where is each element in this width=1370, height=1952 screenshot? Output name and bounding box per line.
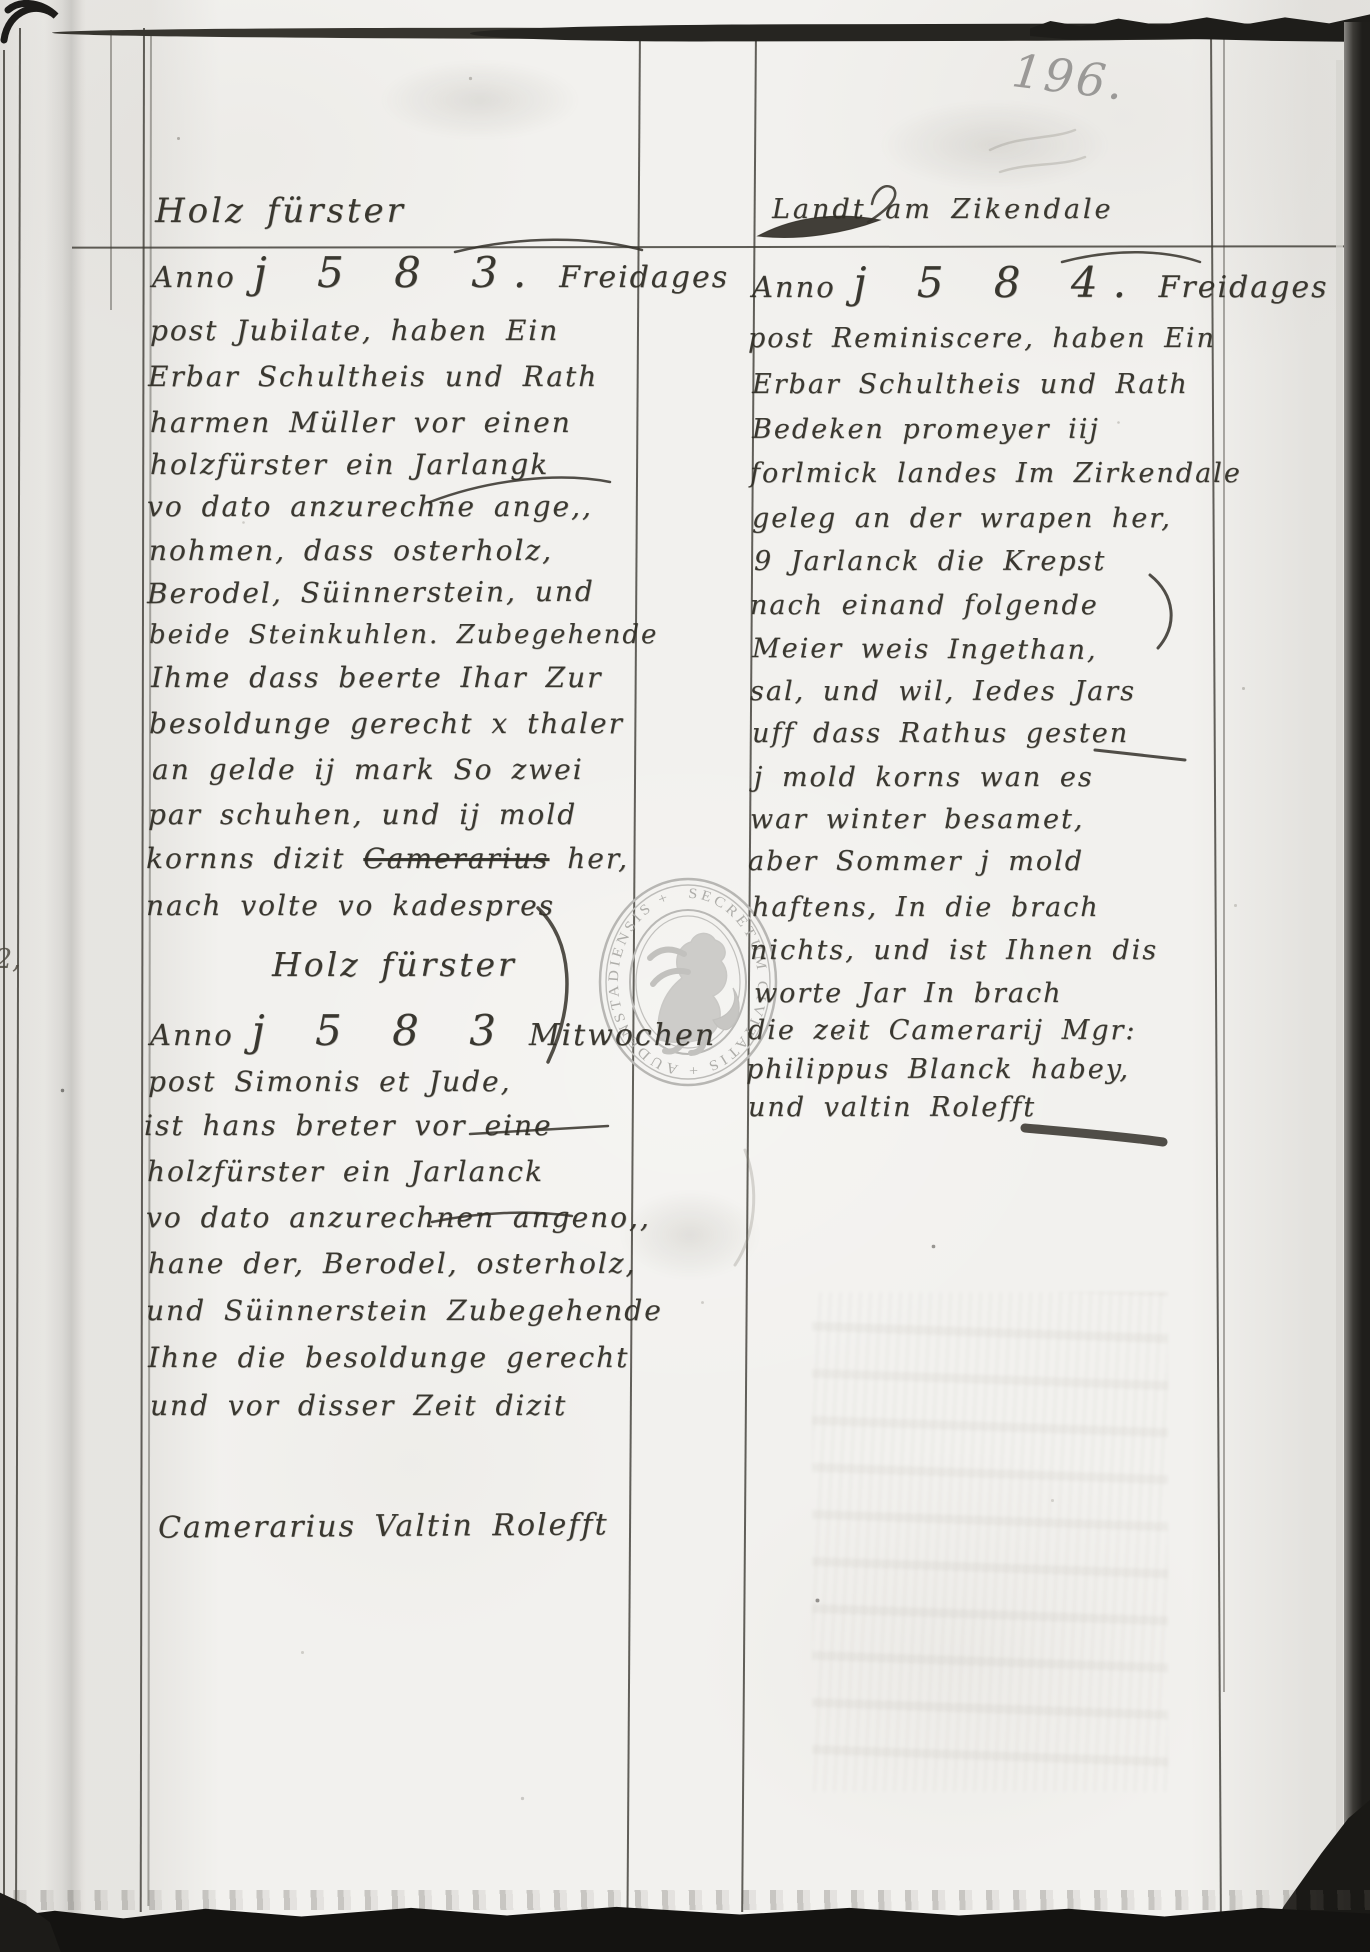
- manuscript-line: und Süinnerstein Zubegehende: [146, 1297, 663, 1325]
- manuscript-line: und valtin Rolefft: [748, 1094, 1036, 1121]
- anno-word: Anno: [152, 260, 236, 294]
- manuscript-line: Bedeken promeyer iij: [752, 416, 1100, 443]
- scanned-manuscript-page: SECRETUM CIVITATIS + AUDENSTADIENSIS +: [0, 0, 1370, 1952]
- manuscript-line: Ihne die besoldunge gerecht: [148, 1344, 629, 1372]
- anno-word: Anno: [150, 1018, 234, 1052]
- manuscript-line: Ihme dass beerte Ihar Zur: [151, 664, 603, 692]
- manuscript-line: 9 Jarlanck die Krepst: [754, 548, 1106, 575]
- manuscript-line: war winter besamet,: [750, 806, 1084, 833]
- manuscript-line: harmen Müller vor einen: [150, 409, 572, 437]
- page-stack-edge: [1336, 60, 1343, 1860]
- manuscript-line: worte Jar In brach: [754, 980, 1063, 1007]
- camerarius-signature: Camerarius Valtin Rolefft: [158, 1510, 609, 1543]
- binding-cord: [4, 3, 56, 40]
- margin-mark: 2,: [0, 944, 21, 975]
- manuscript-line-with-strike: kornns dizit Camerarius her,: [146, 845, 629, 873]
- manuscript-line: sal, und wil, Iedes Jars: [750, 678, 1136, 705]
- year-numerals: j 5 8 4.: [853, 258, 1141, 307]
- left-column-header: Holz fürster: [155, 194, 406, 228]
- manuscript-line: nach einand folgende: [750, 592, 1099, 619]
- manuscript-line: nach volte vo kadespres: [146, 892, 555, 920]
- day-word: Freidages: [1159, 270, 1329, 305]
- manuscript-line: und vor disser Zeit dizit: [150, 1392, 567, 1420]
- manuscript-line: j mold korns wan es: [754, 764, 1094, 791]
- manuscript-line: nichts, und ist Ihnen dis: [750, 937, 1158, 964]
- manuscript-line: holzfürster ein Jarlanck: [147, 1158, 544, 1186]
- manuscript-line: forlmick landes Im Zirkendale: [750, 460, 1242, 487]
- manuscript-line: geleg an der wrapen her,: [752, 505, 1172, 532]
- right-entry-date-line: Anno j 5 8 4. Freidages: [752, 262, 1329, 304]
- foxing-specks: [0, 0, 1, 1]
- manuscript-line: nohmen, dass osterholz,: [149, 537, 553, 565]
- manuscript-line: besoldunge gerecht x thaler: [149, 710, 624, 738]
- entry1-date-line: Anno j 5 8 3. Freidages: [152, 252, 729, 294]
- anno-word: Anno: [752, 270, 836, 304]
- manuscript-line: Erbar Schultheis und Rath: [752, 371, 1189, 398]
- manuscript-line: Meier weis Ingethan,: [752, 635, 1098, 664]
- manuscript-line: aber Sommer j mold: [748, 848, 1084, 875]
- left-column-subheader: Holz fürster: [272, 948, 517, 981]
- right-column-header: Landt am Zikendale: [772, 196, 1114, 223]
- manuscript-line: die zeit Camerarij Mgr:: [748, 1017, 1137, 1044]
- entry2-date-line: Anno j 5 8 3 Mitwochen: [150, 1010, 716, 1052]
- torn-bottom-edge: [0, 1890, 1370, 1910]
- scan-right-edge: [1344, 22, 1370, 1952]
- manuscript-line: ist hans breter vor eine: [144, 1112, 553, 1140]
- manuscript-line: vo dato anzurechnen angeno,,: [146, 1204, 651, 1232]
- line-segment: kornns dizit: [146, 842, 363, 875]
- manuscript-line: vo dato anzurechne ange,,: [147, 493, 593, 521]
- line-segment: her,: [549, 842, 629, 875]
- year-numerals: j 5 8 3.: [254, 248, 542, 297]
- day-word: Freidages: [559, 260, 729, 295]
- year-numerals: j 5 8 3: [252, 1006, 511, 1055]
- manuscript-line: philippus Blanck habey,: [746, 1056, 1130, 1083]
- day-word: Mitwochen: [529, 1018, 716, 1053]
- manuscript-line: beide Steinkuhlen. Zubegehende: [149, 622, 658, 648]
- manuscript-line: uff dass Rathus gesten: [752, 720, 1129, 747]
- manuscript-line: post Reminiscere, haben Ein: [748, 325, 1216, 352]
- manuscript-line: post Simonis et Jude,: [148, 1068, 511, 1096]
- manuscript-line: holzfürster ein Jarlangk: [150, 451, 549, 479]
- manuscript-line: par schuhen, und ij mold: [148, 801, 577, 829]
- manuscript-line: hane der, Berodel, osterholz,: [148, 1250, 636, 1278]
- manuscript-line: an gelde ij mark So zwei: [152, 756, 584, 784]
- struck-word: Camerarius: [363, 842, 549, 875]
- manuscript-line: Berodel, Süinnerstein, und: [147, 578, 595, 608]
- manuscript-line: Erbar Schultheis und Rath: [148, 363, 598, 391]
- manuscript-line: haftens, In die brach: [752, 894, 1100, 921]
- manuscript-line: post Jubilate, haben Ein: [150, 317, 559, 345]
